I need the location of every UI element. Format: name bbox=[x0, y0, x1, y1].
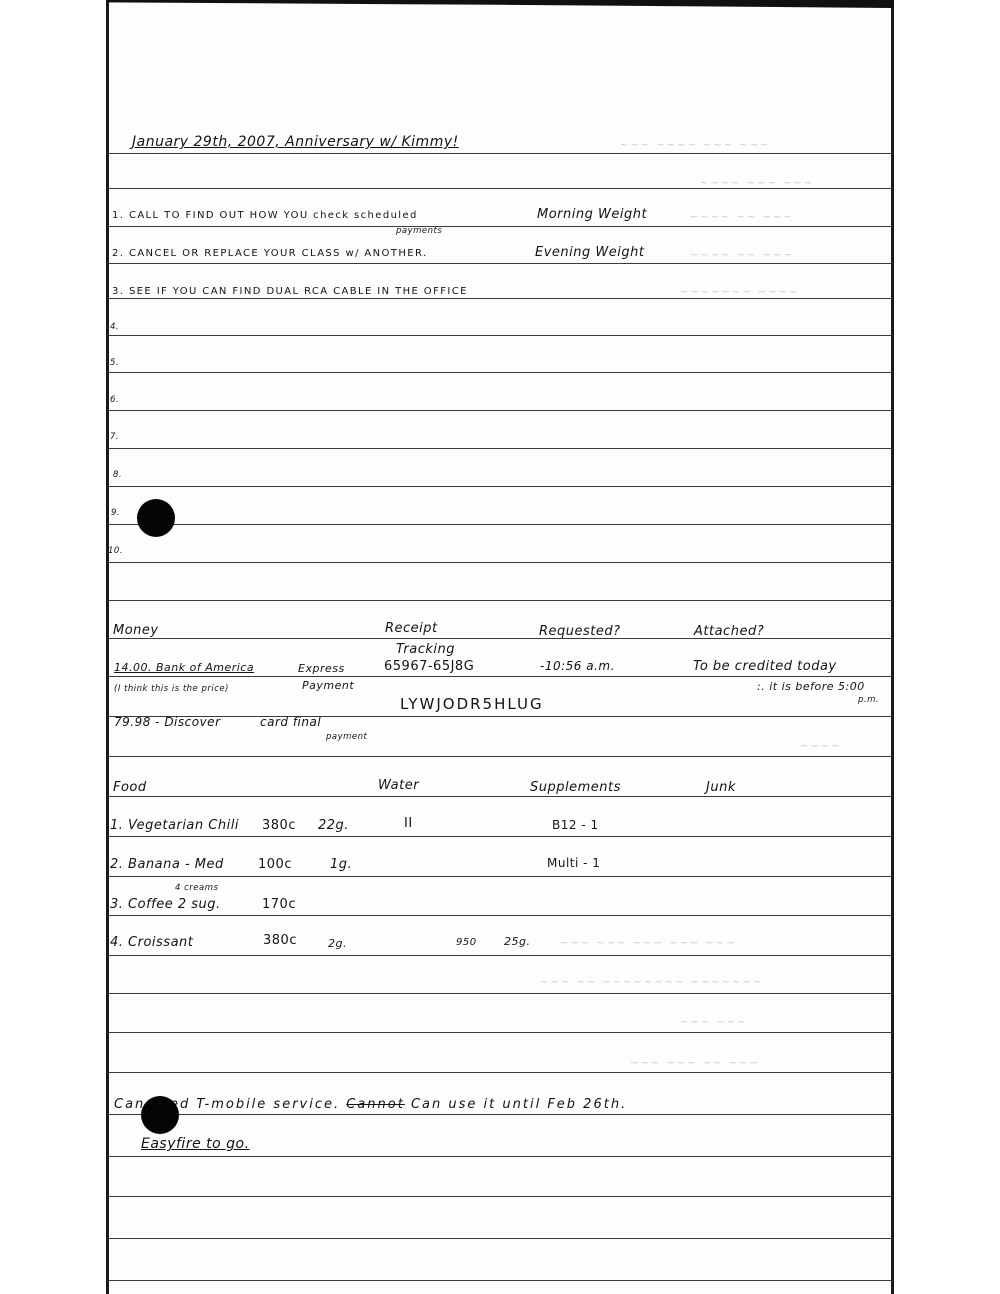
money-entry-1-method: Express bbox=[298, 662, 345, 675]
money-header: Money bbox=[113, 623, 159, 638]
ruled-line bbox=[109, 716, 891, 717]
ruled-line bbox=[109, 153, 891, 154]
ruled-line bbox=[109, 263, 891, 264]
food-row-3-note: 4 creams bbox=[175, 883, 218, 893]
money-entry-2-method-line2: payment bbox=[326, 732, 367, 742]
attached-note: To be credited today bbox=[693, 659, 837, 674]
todo-number-5: 5. bbox=[110, 358, 119, 368]
todo-number-8: 8. bbox=[113, 470, 122, 480]
bleed-through: ~~~ ~~~~ ~~~ ~~~ bbox=[620, 140, 770, 151]
todo-number-7: 7. bbox=[110, 432, 119, 442]
food-row-2-item: 2. Banana - Med bbox=[110, 857, 224, 872]
ruled-line bbox=[109, 1238, 891, 1239]
ruled-line bbox=[109, 335, 891, 336]
todo-number: 2. bbox=[112, 248, 124, 259]
requested-header: Requested? bbox=[539, 624, 621, 639]
ruled-line bbox=[109, 372, 891, 373]
ruled-line bbox=[109, 298, 891, 299]
money-entry-1-method-line2: Payment bbox=[302, 679, 354, 692]
ruled-line bbox=[109, 836, 891, 837]
todo-number-10: 10. bbox=[108, 546, 123, 556]
ruled-line bbox=[109, 1196, 891, 1197]
todo-text: CANCEL OR REPLACE YOUR CLASS w/ ANOTHER. bbox=[129, 248, 428, 259]
attached-header: Attached? bbox=[694, 624, 764, 639]
food-row-2-calories: 100c bbox=[258, 857, 292, 872]
todo-number: 3. bbox=[112, 286, 124, 297]
ruled-line bbox=[109, 638, 891, 639]
binder-hole bbox=[141, 1096, 179, 1134]
note-line-2: Easyfire to go. bbox=[141, 1136, 250, 1152]
bleed-through: ~~~ ~~ ~~~~~~~~ ~~~~~~~ bbox=[540, 977, 763, 988]
struck-text: Cannot bbox=[346, 1097, 405, 1112]
todo-item-1: 1. CALL TO FIND OUT HOW YOU check schedu… bbox=[112, 210, 418, 221]
tracking-header: Tracking bbox=[396, 642, 455, 657]
todo-item-1-continuation: payments bbox=[396, 226, 442, 236]
bleed-through: ~~~~ ~~ ~~~ bbox=[690, 250, 794, 261]
money-entry-1-amount: 14.00. Bank of America bbox=[114, 661, 254, 674]
food-row-2-supplement: Multi - 1 bbox=[547, 856, 600, 870]
ruled-line bbox=[109, 524, 891, 525]
food-row-4-item: 4. Croissant bbox=[110, 935, 193, 950]
bleed-through: ~~~~~~~ ~~~~ bbox=[680, 287, 799, 298]
food-header: Food bbox=[113, 780, 147, 795]
food-row-4-grams: 2g. bbox=[328, 937, 347, 950]
todo-item-2: 2. CANCEL OR REPLACE YOUR CLASS w/ ANOTH… bbox=[112, 248, 428, 259]
note-text: Can use it until Feb 26th. bbox=[411, 1097, 627, 1112]
evening-weight-label: Evening Weight bbox=[535, 245, 644, 260]
ruled-line bbox=[109, 876, 891, 877]
supplements-header: Supplements bbox=[530, 780, 621, 795]
date-heading: January 29th, 2007, Anniversary w/ Kimmy… bbox=[132, 134, 459, 150]
food-row-3-item: 3. Coffee 2 sug. bbox=[110, 897, 221, 912]
bleed-through: ~~~~ bbox=[800, 741, 842, 752]
food-row-1-grams: 22g. bbox=[318, 818, 349, 833]
money-entry-2-amount: 79.98 - Discover bbox=[114, 715, 221, 729]
todo-number-4: 4. bbox=[110, 322, 119, 332]
attached-note-line3: p.m. bbox=[858, 695, 879, 705]
ruled-line bbox=[109, 1156, 891, 1157]
ruled-line bbox=[109, 796, 891, 797]
ruled-line bbox=[109, 600, 891, 601]
ruled-line bbox=[109, 226, 891, 227]
receipt-header: Receipt bbox=[385, 621, 438, 636]
ruled-line bbox=[109, 448, 891, 449]
food-row-1-water: II bbox=[404, 816, 413, 831]
ruled-line bbox=[109, 915, 891, 916]
bleed-through: ~~~ ~~~ bbox=[680, 1017, 747, 1028]
tracking-number: LYWJODR5HLUG bbox=[400, 695, 544, 713]
bleed-through: ~~~ ~~~ ~~~ ~~~ ~~~ bbox=[560, 938, 736, 949]
ruled-line bbox=[109, 1072, 891, 1073]
todo-text: CALL TO FIND OUT HOW YOU check scheduled bbox=[129, 210, 418, 221]
ruled-line bbox=[109, 486, 891, 487]
food-row-4-extra-calories: 950 bbox=[456, 937, 477, 948]
water-header: Water bbox=[378, 778, 419, 793]
ruled-line bbox=[109, 955, 891, 956]
note-line-1: Canceled T-mobile service. Cannot Can us… bbox=[114, 1097, 627, 1112]
ruled-line bbox=[109, 1280, 891, 1281]
junk-header: Junk bbox=[706, 780, 736, 795]
todo-item-3: 3. SEE IF YOU CAN FIND DUAL RCA CABLE IN… bbox=[112, 286, 468, 297]
todo-text: SEE IF YOU CAN FIND DUAL RCA CABLE IN TH… bbox=[129, 286, 468, 297]
ruled-line bbox=[109, 1032, 891, 1033]
todo-number-9: 9. bbox=[111, 508, 120, 518]
bleed-through: ~~~~ ~~ ~~~ bbox=[690, 212, 794, 223]
ruled-line bbox=[109, 756, 891, 757]
todo-number-6: 6. bbox=[110, 395, 119, 405]
food-row-3-calories: 170c bbox=[262, 897, 296, 912]
bleed-through: ~~~ ~~~ ~~ ~~~ bbox=[630, 1058, 760, 1069]
receipt-number: 65967-65J8G bbox=[384, 659, 474, 674]
food-row-2-grams: 1g. bbox=[330, 857, 352, 872]
morning-weight-label: Morning Weight bbox=[537, 207, 647, 222]
todo-number: 1. bbox=[112, 210, 124, 221]
food-row-4-calories: 380c bbox=[263, 933, 297, 948]
bleed-through: ~~~~ ~~~ ~~~ bbox=[700, 178, 814, 189]
ruled-line bbox=[109, 410, 891, 411]
food-row-4-extra-grams: 25g. bbox=[504, 935, 530, 948]
ruled-line bbox=[109, 676, 891, 677]
money-entry-2-method: card final bbox=[260, 715, 321, 729]
ruled-line bbox=[109, 993, 891, 994]
money-entry-1-note: (I think this is the price) bbox=[114, 684, 229, 694]
requested-time: -10:56 a.m. bbox=[540, 659, 615, 673]
food-row-1-calories: 380c bbox=[262, 818, 296, 833]
attached-note-line2: :. it is before 5:00 bbox=[757, 680, 865, 693]
binder-hole bbox=[137, 499, 175, 537]
ruled-line bbox=[109, 1114, 891, 1115]
food-row-1-item: 1. Vegetarian Chili bbox=[110, 818, 239, 833]
ruled-line bbox=[109, 562, 891, 563]
food-row-1-supplement: B12 - 1 bbox=[552, 818, 599, 832]
